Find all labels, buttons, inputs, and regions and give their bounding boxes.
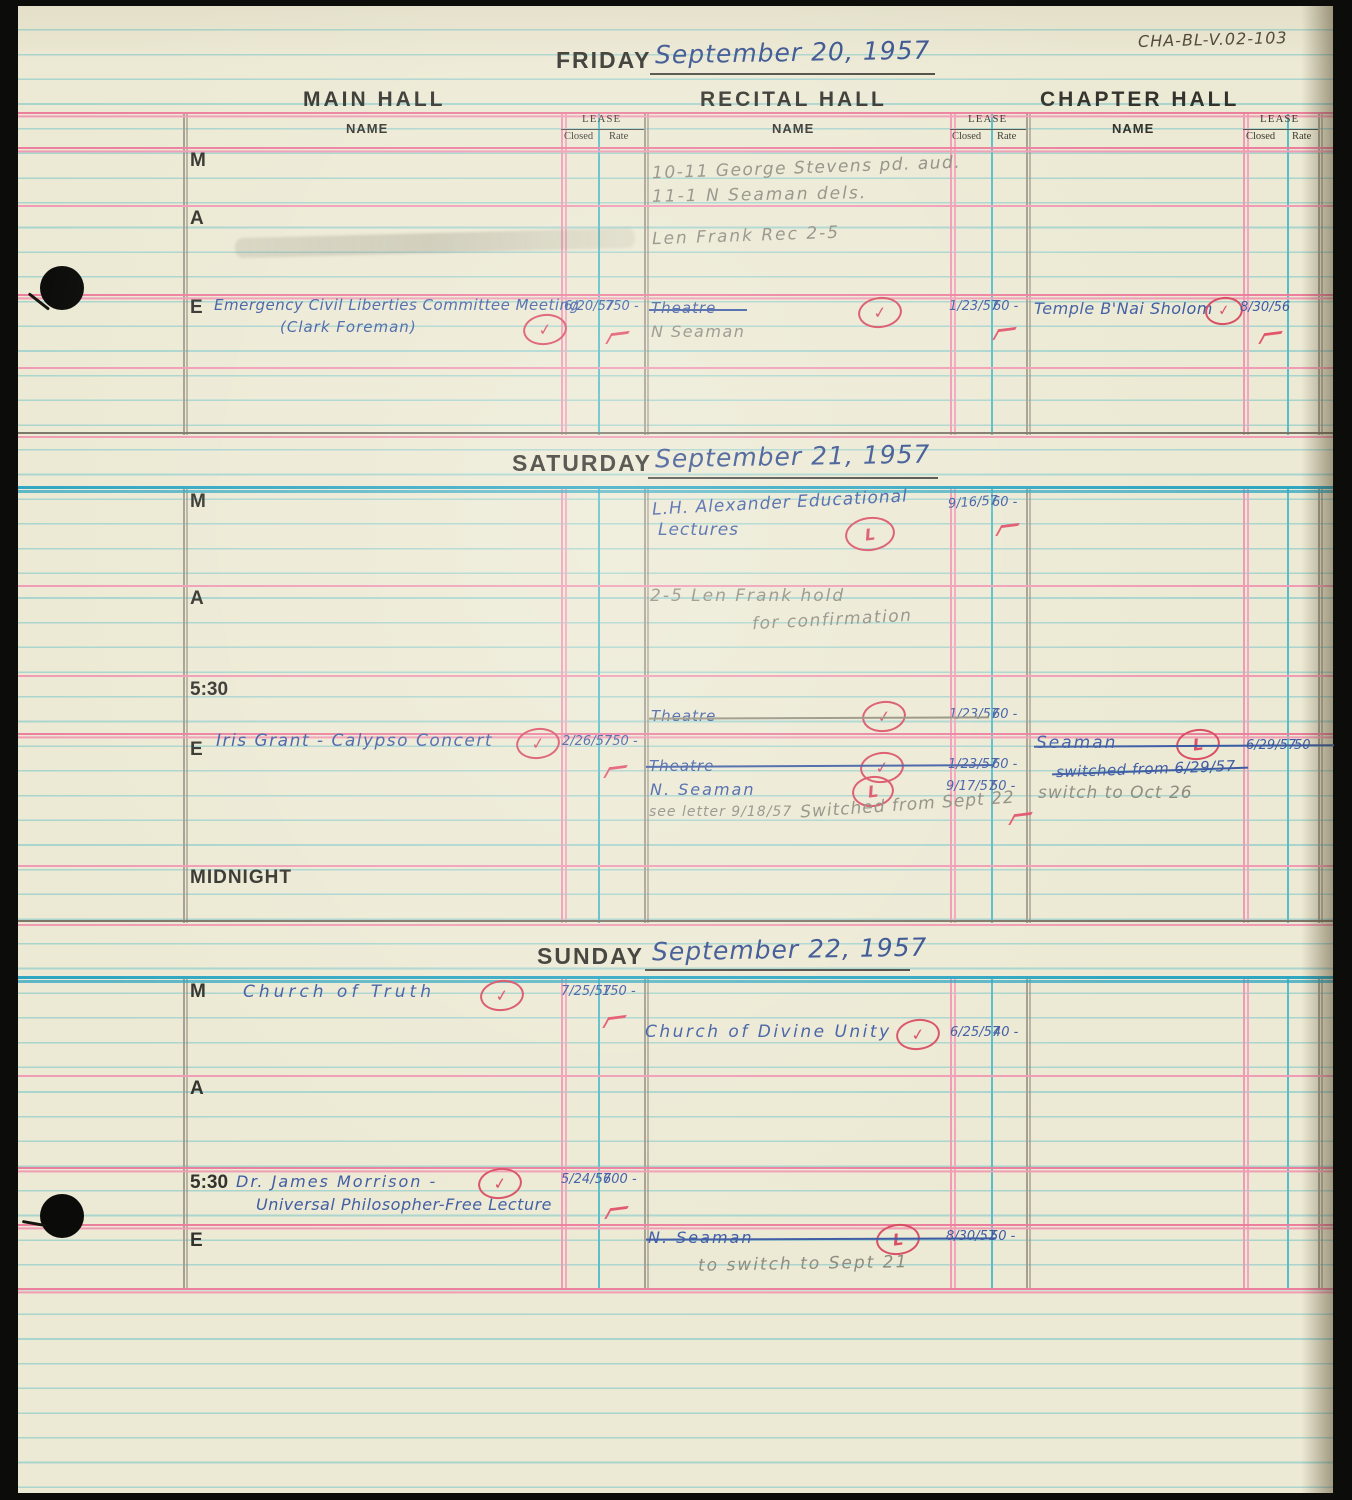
grid-hline bbox=[18, 486, 1333, 489]
saturday-time-a: A bbox=[190, 588, 204, 610]
sunday-time-m: M bbox=[190, 981, 206, 1003]
entry-friday-recital-evening-name: N Seaman bbox=[651, 322, 745, 341]
entry-saturday-main-evening: Iris Grant - Calypso Concert bbox=[216, 731, 493, 751]
grid-vline bbox=[1026, 486, 1028, 923]
date-underline bbox=[645, 969, 910, 971]
grid-vline bbox=[950, 486, 952, 923]
col-closed-recital: Closed bbox=[952, 131, 981, 142]
lease-subheader-line bbox=[950, 129, 1026, 130]
sunday-time-530: 5:30 bbox=[190, 1172, 228, 1194]
col-name-recital: NAME bbox=[772, 121, 814, 136]
entry-saturday-recital-evening-row1: Theatre bbox=[651, 707, 716, 725]
col-closed-main: Closed bbox=[564, 131, 593, 142]
entry-friday-recital-evening-struck: Theatre bbox=[651, 299, 716, 317]
entry-sunday-main-530-2: Universal Philosopher-Free Lecture bbox=[256, 1195, 552, 1214]
grid-vline bbox=[1026, 976, 1028, 1290]
grid-vline bbox=[1287, 976, 1289, 1290]
friday-time-m: M bbox=[190, 150, 206, 172]
entry-sunday-main-530-1: Dr. James Morrison - bbox=[236, 1172, 437, 1191]
friday-chapter-evening-closed: 8/30/56 bbox=[1240, 300, 1290, 315]
entry-saturday-chapter-evening: Seaman bbox=[1036, 733, 1117, 753]
grid-hline bbox=[18, 1075, 1333, 1077]
saturday-table-grid bbox=[0, 486, 1352, 923]
catalog-number: CHA-BL-V.02-103 bbox=[1138, 28, 1288, 51]
grid-vline bbox=[644, 486, 646, 923]
entry-friday-recital-morning-2: 11-1 N Seaman dels. bbox=[652, 183, 867, 207]
saturday-time-530: 5:30 bbox=[190, 679, 228, 701]
grid-vline bbox=[991, 112, 993, 435]
grid-vline bbox=[183, 486, 185, 923]
entry-sunday-recital-morning: Church of Divine Unity bbox=[645, 1022, 892, 1042]
hall-title-chapter: CHAPTER HALL bbox=[1040, 88, 1239, 112]
grid-hline bbox=[18, 1167, 1333, 1169]
friday-time-e: E bbox=[190, 297, 203, 319]
entry-friday-chapter-evening: Temple B'Nai Sholom bbox=[1034, 299, 1213, 318]
friday-recital-evening-rate: 60 - bbox=[993, 299, 1018, 314]
grid-hline bbox=[18, 147, 1333, 149]
grid-vline bbox=[561, 976, 563, 1290]
friday-recital-evening-closed: 1/23/57 bbox=[949, 299, 999, 314]
grid-vline bbox=[1287, 112, 1289, 435]
date-friday: September 20, 1957 bbox=[655, 36, 931, 70]
day-title-friday: FRIDAY bbox=[556, 47, 652, 74]
grid-vline bbox=[1243, 112, 1245, 435]
date-saturday: September 21, 1957 bbox=[655, 440, 931, 474]
grid-vline bbox=[598, 976, 600, 1290]
grid-vline bbox=[1318, 112, 1320, 435]
saturday-recital-morning-rate: 60 - bbox=[992, 495, 1017, 510]
sunday-time-a: A bbox=[190, 1078, 204, 1100]
date-sunday: September 22, 1957 bbox=[652, 933, 928, 967]
grid-vline bbox=[644, 112, 646, 435]
day-title-sunday: SUNDAY bbox=[537, 943, 644, 970]
strikethrough bbox=[649, 309, 747, 311]
col-rate-main: Rate bbox=[609, 131, 628, 142]
sunday-main-morning-rate: 150 - bbox=[602, 984, 636, 999]
grid-hline bbox=[18, 436, 1333, 438]
saturday-recital-row2-rate: 60 - bbox=[992, 757, 1017, 772]
sunday-time-e: E bbox=[190, 1230, 203, 1252]
entry-saturday-recital-morning-2: Lectures bbox=[658, 520, 739, 540]
grid-vline bbox=[1318, 976, 1320, 1290]
lease-subheader-line bbox=[1243, 129, 1318, 130]
entry-saturday-recital-afternoon-1: 2-5 Len Frank hold bbox=[650, 586, 845, 606]
grid-hline bbox=[18, 367, 1333, 369]
friday-time-a: A bbox=[190, 208, 204, 230]
date-underline bbox=[648, 477, 938, 479]
entry-saturday-recital-evening-row3: N. Seaman bbox=[650, 780, 755, 799]
grid-vline bbox=[1287, 486, 1289, 923]
hall-title-main: MAIN HALL bbox=[303, 88, 445, 112]
ledger-scan-page: FRIDAY September 20, 1957 CHA-BL-V.02-10… bbox=[0, 0, 1352, 1500]
note-saturday-chapter-switch: switch to Oct 26 bbox=[1038, 783, 1193, 803]
grid-vline bbox=[991, 486, 993, 923]
grid-hline bbox=[18, 432, 1333, 434]
grid-vline bbox=[183, 976, 185, 1290]
col-rate-chapter: Rate bbox=[1292, 131, 1311, 142]
sunday-recital-morning-rate: 40 - bbox=[993, 1025, 1018, 1040]
saturday-recital-row1-rate: 60 - bbox=[992, 707, 1017, 722]
saturday-time-e: E bbox=[190, 739, 203, 761]
date-underline bbox=[650, 73, 935, 75]
grid-vline bbox=[561, 486, 563, 923]
grid-vline bbox=[598, 486, 600, 923]
grid-hline bbox=[18, 1288, 1333, 1290]
grid-hline bbox=[18, 924, 1333, 926]
col-name-chapter: NAME bbox=[1112, 121, 1154, 136]
punch-hole bbox=[40, 1194, 84, 1238]
grid-hline bbox=[18, 1224, 1333, 1226]
grid-vline bbox=[1243, 976, 1245, 1290]
saturday-time-midnight: MIDNIGHT bbox=[190, 867, 292, 889]
day-title-saturday: SATURDAY bbox=[512, 450, 652, 477]
grid-vline bbox=[598, 112, 600, 435]
col-lease-main: LEASE bbox=[582, 113, 621, 125]
note-sunday-recital-switch: to switch to Sept 21 bbox=[698, 1252, 909, 1276]
grid-vline bbox=[1026, 112, 1028, 435]
saturday-time-m: M bbox=[190, 491, 206, 513]
saturday-main-evening-rate: 750 - bbox=[604, 734, 638, 749]
col-lease-recital: LEASE bbox=[968, 113, 1007, 125]
grid-hline bbox=[18, 920, 1333, 922]
grid-hline bbox=[18, 675, 1333, 677]
grid-hline bbox=[18, 112, 1333, 114]
col-rate-recital: Rate bbox=[997, 131, 1016, 142]
sunday-main-530-rate: 600 - bbox=[603, 1172, 637, 1187]
entry-sunday-main-morning: Church of Truth bbox=[243, 982, 435, 1002]
lease-subheader-line bbox=[561, 129, 644, 130]
hall-title-recital: RECITAL HALL bbox=[700, 88, 887, 112]
grid-vline bbox=[1243, 486, 1245, 923]
grid-hline bbox=[18, 976, 1333, 979]
entry-friday-main-evening-2: (Clark Foreman) bbox=[280, 318, 417, 336]
col-closed-chapter: Closed bbox=[1246, 131, 1275, 142]
entry-friday-main-evening-1: Emergency Civil Liberties Committee Meet… bbox=[214, 296, 580, 314]
friday-main-evening-rate: 750 - bbox=[605, 299, 639, 314]
col-name-main: NAME bbox=[346, 121, 388, 136]
grid-vline bbox=[561, 112, 563, 435]
col-lease-chapter: LEASE bbox=[1260, 113, 1299, 125]
grid-vline bbox=[1318, 486, 1320, 923]
note-saturday-recital-see-letter: see letter 9/18/57 bbox=[649, 804, 792, 820]
grid-vline bbox=[183, 112, 185, 435]
punch-hole bbox=[40, 266, 84, 310]
